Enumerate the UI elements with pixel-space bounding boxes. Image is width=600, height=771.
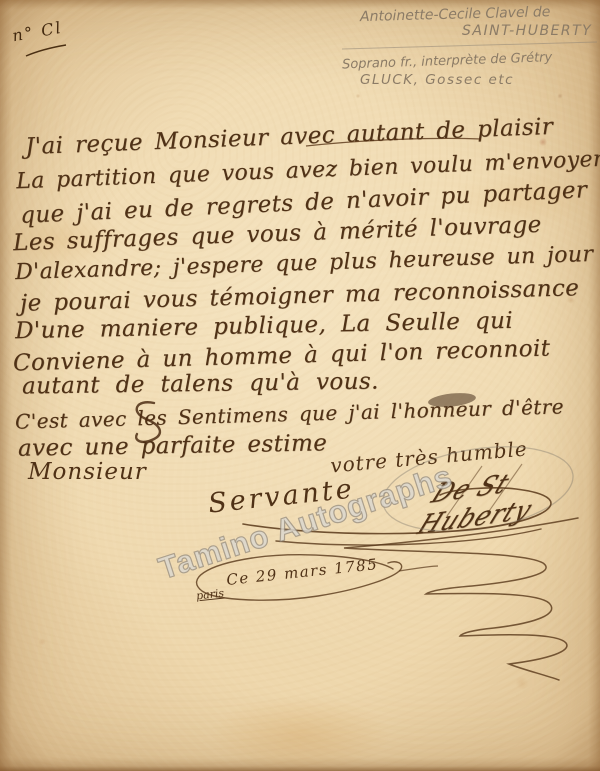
letter-scan-page: n° Cl Antoinette-Cecile Clavel de SAINT-… xyxy=(0,0,600,771)
letter-body: J'ai reçue Monsieur avec autant de plais… xyxy=(0,0,600,771)
letter-line: C'est avec les Sentimens que j'ai l'honn… xyxy=(15,394,564,433)
salutation: Monsieur xyxy=(28,459,147,485)
letter-line: avec une parfaite estime xyxy=(18,430,328,461)
letter-line: autant de talens qu'à vous. xyxy=(22,369,379,400)
date-place: paris xyxy=(195,587,224,603)
